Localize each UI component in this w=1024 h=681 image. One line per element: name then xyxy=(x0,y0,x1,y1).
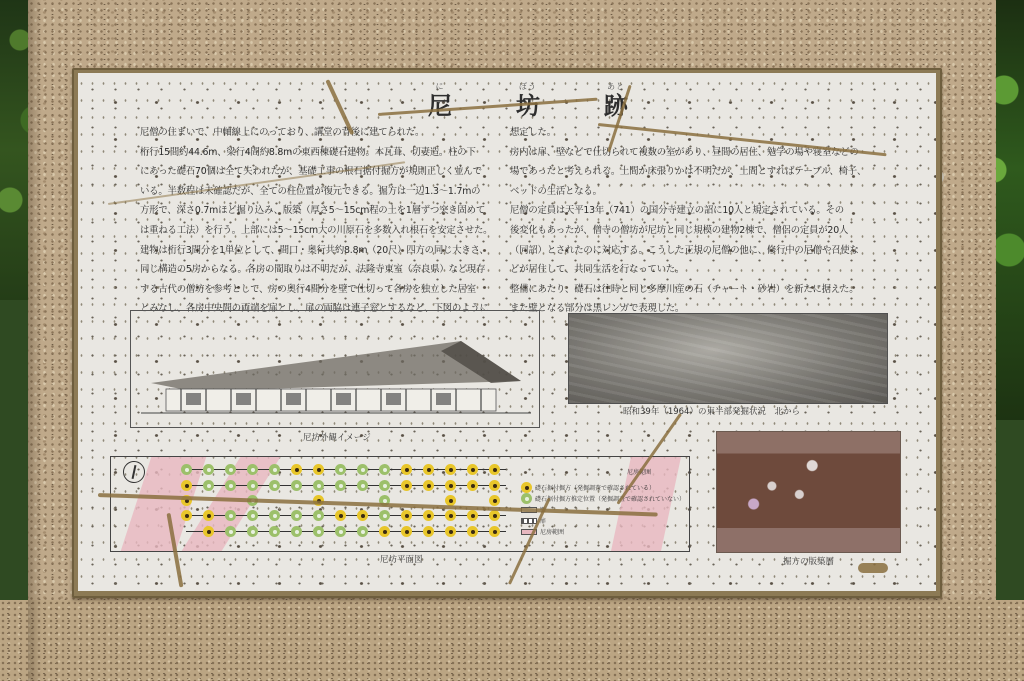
post-hole-marker xyxy=(445,510,456,521)
plan-caption: 尼坊平面図 xyxy=(380,553,423,565)
post-hole-marker xyxy=(423,526,434,537)
post-hole-marker xyxy=(357,510,368,521)
legend-row: 扉 xyxy=(521,515,685,526)
post-hole-marker xyxy=(181,480,192,491)
post-hole-marker xyxy=(467,510,478,521)
title-ruby: あと xyxy=(607,81,625,92)
post-hole-marker xyxy=(379,510,390,521)
text-line: 房内は扉、壁などで仕切られて複数の室があり、昼間の居住、勉学の場や寝室などの xyxy=(510,143,882,163)
title-char: に 尼 xyxy=(428,81,452,125)
post-hole-marker xyxy=(313,526,324,537)
stone-edge-shadow xyxy=(28,0,42,681)
door-swatch xyxy=(521,518,537,524)
post-hole-marker xyxy=(335,480,346,491)
post-hole-marker xyxy=(203,464,214,475)
post-hole-marker xyxy=(203,480,214,491)
legend-row: 礎石据付掘方（発掘調査で確認されている） xyxy=(521,482,685,493)
post-hole-marker xyxy=(401,480,412,491)
building-drawing xyxy=(130,310,540,428)
post-hole-marker xyxy=(489,495,500,506)
granite-stone-foreground xyxy=(0,600,1024,681)
post-hole-marker xyxy=(401,510,412,521)
post-hole-marker xyxy=(269,510,280,521)
post-hole-marker xyxy=(335,526,346,537)
post-hole-marker xyxy=(181,510,192,521)
text-line: 場であったと考えられる。土間か床張りかは不明だが、土間とすればテーブル、椅子、 xyxy=(510,162,882,182)
post-hole-marker xyxy=(269,464,280,475)
excavation-photo-1964 xyxy=(568,313,888,404)
post-hole-marker xyxy=(247,526,258,537)
post-hole-marker xyxy=(489,480,500,491)
post-hole-marker xyxy=(291,464,302,475)
post-hole-marker xyxy=(423,510,434,521)
text-line: する古代の僧坊を参考として、房の奥行4間分を壁で仕切って各房を独立した居室 xyxy=(140,280,516,300)
title-kanji: 尼 xyxy=(428,92,452,120)
post-hole-marker xyxy=(445,526,456,537)
post-hole-marker xyxy=(379,526,390,537)
post-hole-marker xyxy=(467,526,478,537)
text-line: は重ねる工法）を行う。上部には5〜15cm大の川原石を多数入れ根石を安定させた。 xyxy=(140,221,516,241)
text-line: 同じ構造の5房からなる。各房の間取りは不明だが、法隆寺東室（奈良県）など現存 xyxy=(140,260,516,280)
building-illustration-icon xyxy=(131,311,541,429)
post-hole-marker xyxy=(335,464,346,475)
post-hole-marker xyxy=(423,464,434,475)
post-hole-marker xyxy=(489,526,500,537)
post-hole-marker xyxy=(467,480,478,491)
post-hole-marker xyxy=(489,510,500,521)
text-line: どが居住して、共同生活を行なっていた。 xyxy=(510,260,882,280)
post-hole-marker xyxy=(247,480,258,491)
post-hole-marker xyxy=(225,526,236,537)
photo2-caption: 掘方の版築層 xyxy=(783,555,834,567)
post-hole-marker xyxy=(225,480,236,491)
post-hole-marker xyxy=(401,526,412,537)
text-line: 桁行15間約44.6m、梁行4間約8.8mの東西棟礎石建物。本瓦葺、切妻造。柱の… xyxy=(140,143,516,163)
legend-row: 尼房範囲 xyxy=(521,526,685,537)
post-hole-marker xyxy=(357,464,368,475)
post-hole-marker xyxy=(467,464,478,475)
restored-post-swatch xyxy=(521,493,532,504)
text-line: 方形で、深さ0.7mほど掘り込み、版築（厚さ5〜15cm程の土を1層ずつ突き固め… xyxy=(140,201,516,221)
text-line: 後変化もあったが、僧寺の僧坊が尼坊と同じ規模の建物2棟で、僧侶の定員が20人 xyxy=(510,221,882,241)
post-hole-marker xyxy=(291,526,302,537)
rammed-earth-layer-photo xyxy=(716,431,901,553)
text-line: 尼僧の定員は天平13年（741）の国分寺建立の詔に10人と規定されている。その xyxy=(510,201,882,221)
text-line: 整備にあたり、礎石は往時と同じ多摩川産の石（チャート・砂岩）を新たに据えた。 xyxy=(510,280,882,300)
post-hole-marker xyxy=(313,464,324,475)
north-arrow-icon xyxy=(123,461,145,483)
post-hole-marker xyxy=(445,480,456,491)
post-hole-marker xyxy=(313,510,324,521)
text-line: 尼僧の住まいで、中軸線上にのっており、講堂の背後に建てられた。 xyxy=(140,123,516,143)
post-hole-marker xyxy=(247,510,258,521)
text-line: （同詔）とされたのに対応する。こうした正規の尼僧の他に、修行中の尼僧や召使な xyxy=(510,241,882,261)
text-column-right: 想定した。 房内は扉、壁などで仕切られて複数の室があり、昼間の居住、勉学の場や寝… xyxy=(510,123,882,319)
information-plaque: に 尼 ぼう 坊 あと 跡 尼僧の住まいで、中軸線上にのっており、講堂の背後に建… xyxy=(78,73,936,591)
post-hole-marker xyxy=(379,464,390,475)
post-hole-marker xyxy=(203,526,214,537)
post-hole-marker xyxy=(489,464,500,475)
text-column-left: 尼僧の住まいで、中軸線上にのっており、講堂の背後に建てられた。 桁行15間約44… xyxy=(140,123,516,319)
post-hole-marker xyxy=(445,464,456,475)
post-hole-marker xyxy=(291,510,302,521)
post-hole-marker xyxy=(225,464,236,475)
post-hole-marker xyxy=(357,480,368,491)
legend-label: 尼房範囲 xyxy=(540,527,564,536)
photo1-caption: 昭和39年（1964）の東半部発掘状況 北から xyxy=(623,405,800,417)
post-hole-marker xyxy=(423,480,434,491)
text-line: ベッドの生活となる。 xyxy=(510,182,882,202)
weathering-stain xyxy=(858,563,888,573)
legend-label: 礎石据付掘方（発掘調査で確認されている） xyxy=(535,483,655,492)
legend-label: 礎石据付掘方推定位置（発掘調査で確認されていない） xyxy=(535,494,685,503)
text-line: 建物は桁行3間分を1単位として、間口・奥行共約8.8m（20尺）四方の同じ大きさ… xyxy=(140,241,516,261)
post-hole-marker xyxy=(269,526,280,537)
post-hole-marker xyxy=(401,464,412,475)
post-hole-marker xyxy=(247,464,258,475)
post-hole-marker xyxy=(225,510,236,521)
post-hole-marker xyxy=(181,464,192,475)
post-hole-marker xyxy=(335,510,346,521)
post-hole-marker xyxy=(379,480,390,491)
post-hole-marker xyxy=(357,526,368,537)
drawing-caption: 尼坊外観イメージ xyxy=(303,431,371,443)
post-hole-marker xyxy=(203,510,214,521)
post-hole-marker xyxy=(313,480,324,491)
found-post-swatch xyxy=(521,482,532,493)
post-hole-marker xyxy=(269,480,280,491)
title-ruby: に xyxy=(436,81,445,92)
title-ruby: ぼう xyxy=(519,81,537,92)
post-hole-marker xyxy=(291,480,302,491)
